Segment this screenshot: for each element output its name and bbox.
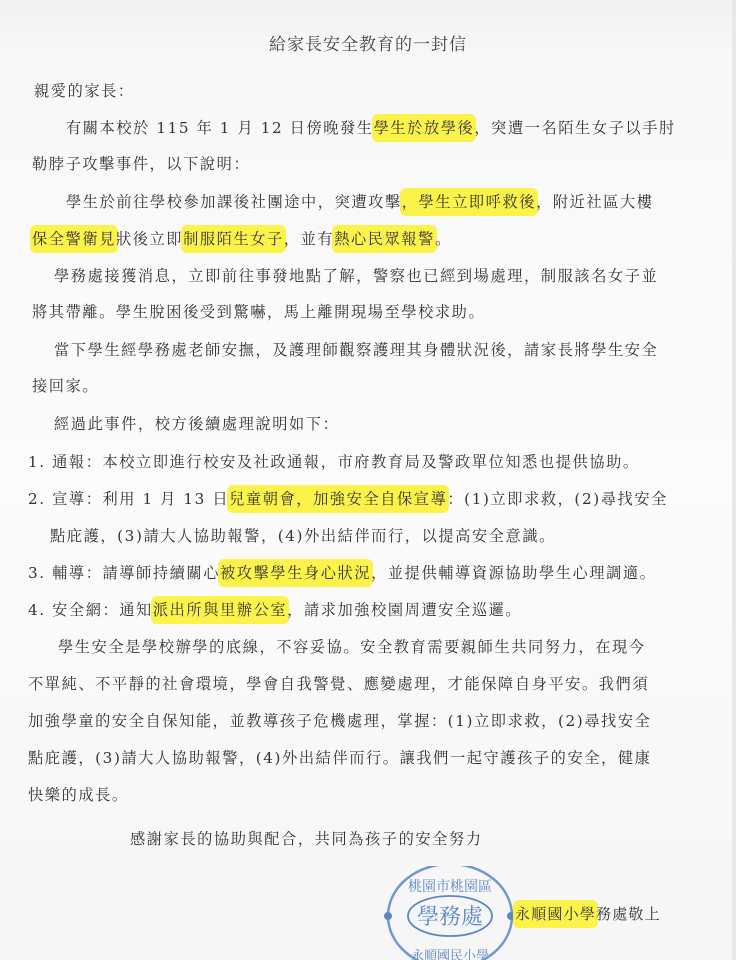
text: 。: [435, 230, 452, 248]
thanks-line: 感謝家長的協助與配合，共同為孩子的安全努力: [130, 828, 483, 849]
highlight: 保全警衛見: [32, 227, 116, 251]
closing-line-3: 加強學童的安全自保知能，並教導孩子危機處理，掌握：(1)立即求救，(2)尋找安全: [28, 710, 651, 731]
highlight: 永順國小學: [515, 902, 596, 926]
paragraph-1-line-2: 勒脖子攻擊事件，以下說明：: [32, 153, 250, 174]
text: 務處敬上: [596, 905, 661, 923]
highlight: ，學生立即呼救後: [402, 190, 536, 214]
paragraph-3-line-1: 學務處接獲消息，立即前往事發地點了解，警察也已經到場處理，制服該名女子並: [54, 265, 658, 286]
letter-title: 給家長安全教育的一封信: [0, 30, 736, 55]
closing-line-5: 快樂的成長。: [28, 784, 129, 805]
highlight: 熱心民眾報警: [334, 227, 435, 251]
text: 3. 輔導：請導師持續關心: [28, 564, 220, 582]
text: 4. 安全網：通知: [28, 601, 153, 619]
list-item-2-line-1: 2. 宣導：利用 1 月 13 日兒童朝會，加強安全自保宣導：(1)立即求救，(…: [28, 488, 668, 509]
closing-line-2: 不單純、不平靜的社會環境，學會自我警覺、應變處理，才能保障自身平安。我們須: [28, 673, 649, 694]
highlight: 被攻擊學生身心狀況: [220, 561, 371, 585]
paragraph-4-line-1: 當下學生經學務處老師安撫，及護理師觀察護理其身體狀況後，請家長將學生安全: [54, 339, 658, 360]
text: ，請求加強校園周遭安全巡邏。: [287, 601, 522, 619]
paragraph-2-line-2: 保全警衛見狀後立即制服陌生女子，並有熱心民眾報警。: [32, 228, 452, 249]
stamp-icon: 桃園市桃園區 學務處 永順國民小學: [378, 866, 518, 960]
text: 學生於前往學校參加課後社團途中，突遭攻擊: [66, 193, 402, 211]
salutation: 親愛的家長：: [34, 80, 135, 101]
svg-text:永順國民小學: 永順國民小學: [411, 949, 489, 960]
text: 2. 宣導：利用 1 月 13 日: [28, 490, 229, 508]
list-item-3: 3. 輔導：請導師持續關心被攻擊學生身心狀況，並提供輔導資源協助學生心理調適。: [28, 562, 656, 583]
letter-page: 給家長安全教育的一封信 親愛的家長： 有關本校於 115 年 1 月 12 日傍…: [0, 0, 736, 960]
paragraph-2-line-1: 學生於前往學校參加課後社團途中，突遭攻擊，學生立即呼救後，附近社區大樓: [66, 191, 654, 212]
page-edge: [732, 0, 736, 960]
text: ：(1)立即求救，(2)尋找安全: [447, 490, 668, 508]
svg-text:桃園市桃園區: 桃園市桃園區: [408, 878, 492, 895]
text: ，並提供輔導資源協助學生心理調適。: [371, 564, 656, 582]
closing-line-4: 點庇護，(3)請大人協助報警，(4)外出結伴而行。讓我們一起守護孩子的安全，健康: [28, 747, 651, 768]
svg-text:學務處: 學務處: [417, 905, 483, 930]
paragraph-1-line-1: 有關本校於 115 年 1 月 12 日傍晚發生學生於放學後，突遭一名陌生女子以…: [66, 117, 676, 138]
signature: 永順國小學務處敬上: [515, 903, 661, 924]
list-item-1: 1. 通報：本校立即進行校安及社政通報，市府教育局及警政單位知悉也提供協助。: [28, 451, 640, 472]
highlight: 制服陌生女子: [183, 227, 284, 251]
paragraph-5-line-1: 經過此事件，校方後續處理說明如下：: [54, 413, 339, 434]
paragraph-4-line-2: 接回家。: [32, 375, 99, 396]
text: ，並有: [284, 230, 334, 248]
highlight: 派出所與里辦公室: [153, 598, 287, 622]
school-stamp: 桃園市桃園區 學務處 永順國民小學: [378, 866, 518, 956]
paragraph-3-line-2: 將其帶離。學生脫困後受到驚嚇，馬上離開現場至學校求助。: [32, 301, 485, 322]
highlight: 兒童朝會，加強安全自保宣導: [229, 487, 447, 511]
text: 有關本校於 115 年 1 月 12 日傍晚發生: [66, 119, 374, 137]
closing-line-1: 學生安全是學校辦學的底線，不容妥協。安全教育需要親師生共同努力，在現今: [58, 636, 646, 657]
text: ，突遭一名陌生女子以手肘: [474, 119, 675, 137]
text: 狀後立即: [116, 230, 183, 248]
list-item-2-line-2: 點庇護，(3)請大人協助報警，(4)外出結伴而行，以提高安全意識。: [50, 525, 556, 546]
text: ，附近社區大樓: [536, 193, 654, 211]
highlight: 學生於放學後: [374, 116, 475, 140]
list-item-4: 4. 安全網：通知派出所與里辦公室，請求加強校園周遭安全巡邏。: [28, 599, 522, 620]
